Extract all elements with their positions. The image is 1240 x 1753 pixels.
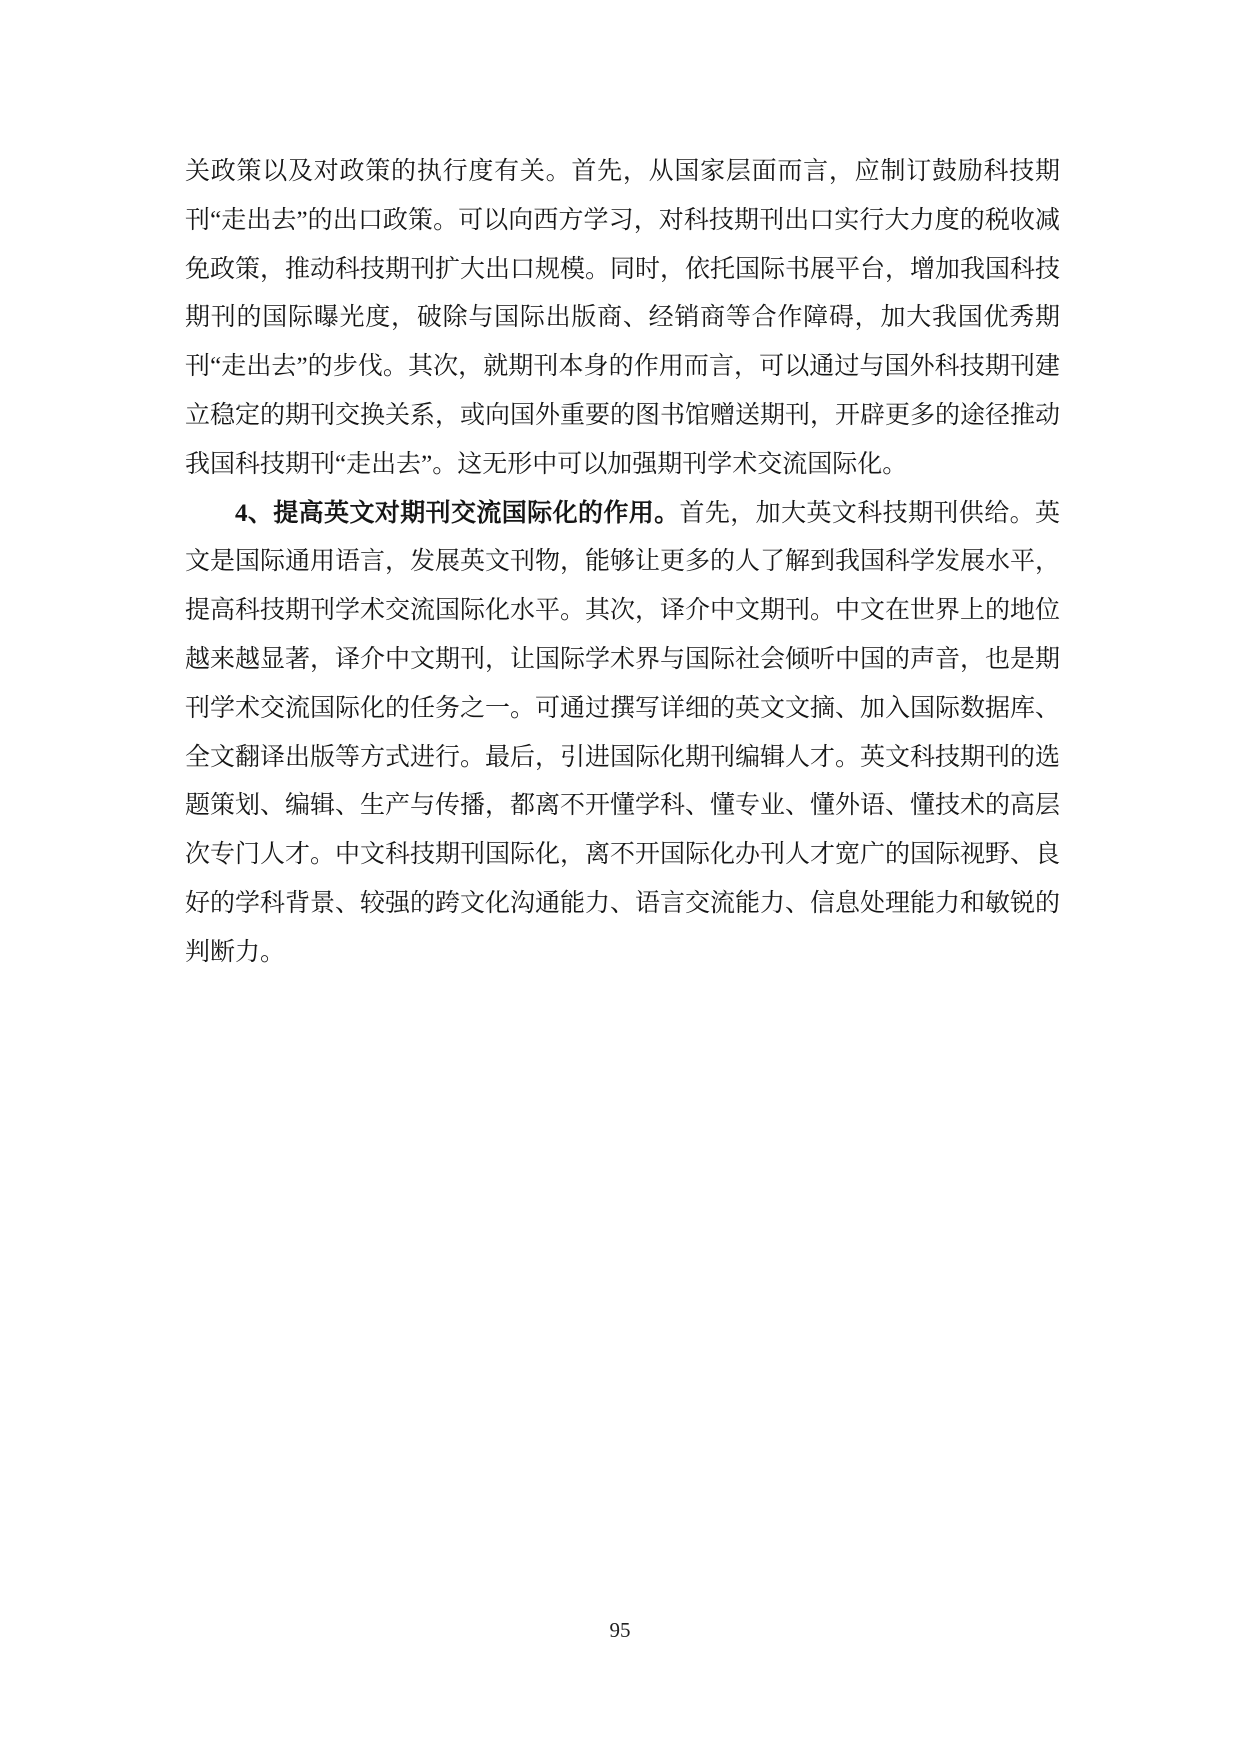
paragraph-continuation: 关政策以及对政策的执行度有关。首先，从国家层面而言，应制订鼓励科技期刊“走出去”… bbox=[185, 148, 1060, 490]
paragraph-section-4: 4、提高英文对期刊交流国际化的作用。首先，加大英文科技期刊供给。英文是国际通用语… bbox=[185, 490, 1060, 978]
paragraph-text: 关政策以及对政策的执行度有关。首先，从国家层面而言，应制订鼓励科技期刊“走出去”… bbox=[185, 158, 1060, 478]
paragraph-text: 首先，加大英文科技期刊供给。英文是国际通用语言，发展英文刊物，能够让更多的人了解… bbox=[185, 500, 1060, 966]
document-page: 关政策以及对政策的执行度有关。首先，从国家层面而言，应制订鼓励科技期刊“走出去”… bbox=[0, 0, 1240, 1753]
section-heading: 4、提高英文对期刊交流国际化的作用。 bbox=[235, 500, 680, 527]
text-block: 关政策以及对政策的执行度有关。首先，从国家层面而言，应制订鼓励科技期刊“走出去”… bbox=[185, 148, 1060, 978]
page-number: 95 bbox=[610, 1618, 631, 1642]
page-footer: 95 bbox=[0, 1616, 1240, 1644]
